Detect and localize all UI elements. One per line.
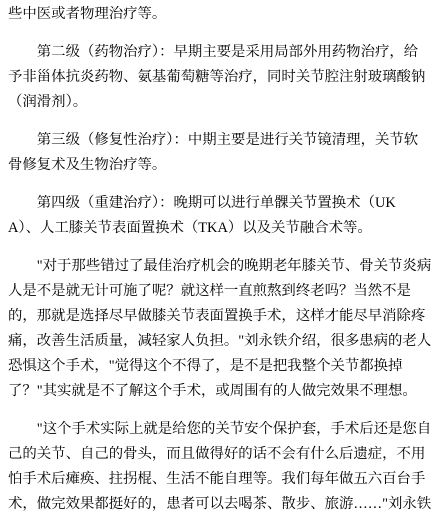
paragraph-surgery-explanation-quote: "这个手术实际上就是给您的关节安个保护套，手术后还是您自 己的关节、自己的骨头，… [8,417,437,517]
paragraph-late-stage-quote: "对于那些错过了最佳治疗机会的晚期老年膝关节、骨关节炎病 人是不是就无计可施了呢… [8,254,437,404]
paragraph-level2-drug-treatment: 第二级（药物治疗）：早期主要是采用局部外用药物治疗，给 予非甾体抗炎药物、氨基葡… [8,40,437,115]
paragraph-continuation: 些中医或者物理治疗等。 [8,2,437,27]
paragraph-level4-reconstructive-treatment: 第四级（重建治疗）：晚期可以进行单髁关节置换术（UK A）、人工膝关节表面置换术… [8,191,437,241]
paragraph-level3-restorative-treatment: 第三级（修复性治疗）：中期主要是进行关节镜清理，关节软 骨修复术及生物治疗等。 [8,128,437,178]
document-page: 些中医或者物理治疗等。 第二级（药物治疗）：早期主要是采用局部外用药物治疗，给 … [0,0,437,523]
